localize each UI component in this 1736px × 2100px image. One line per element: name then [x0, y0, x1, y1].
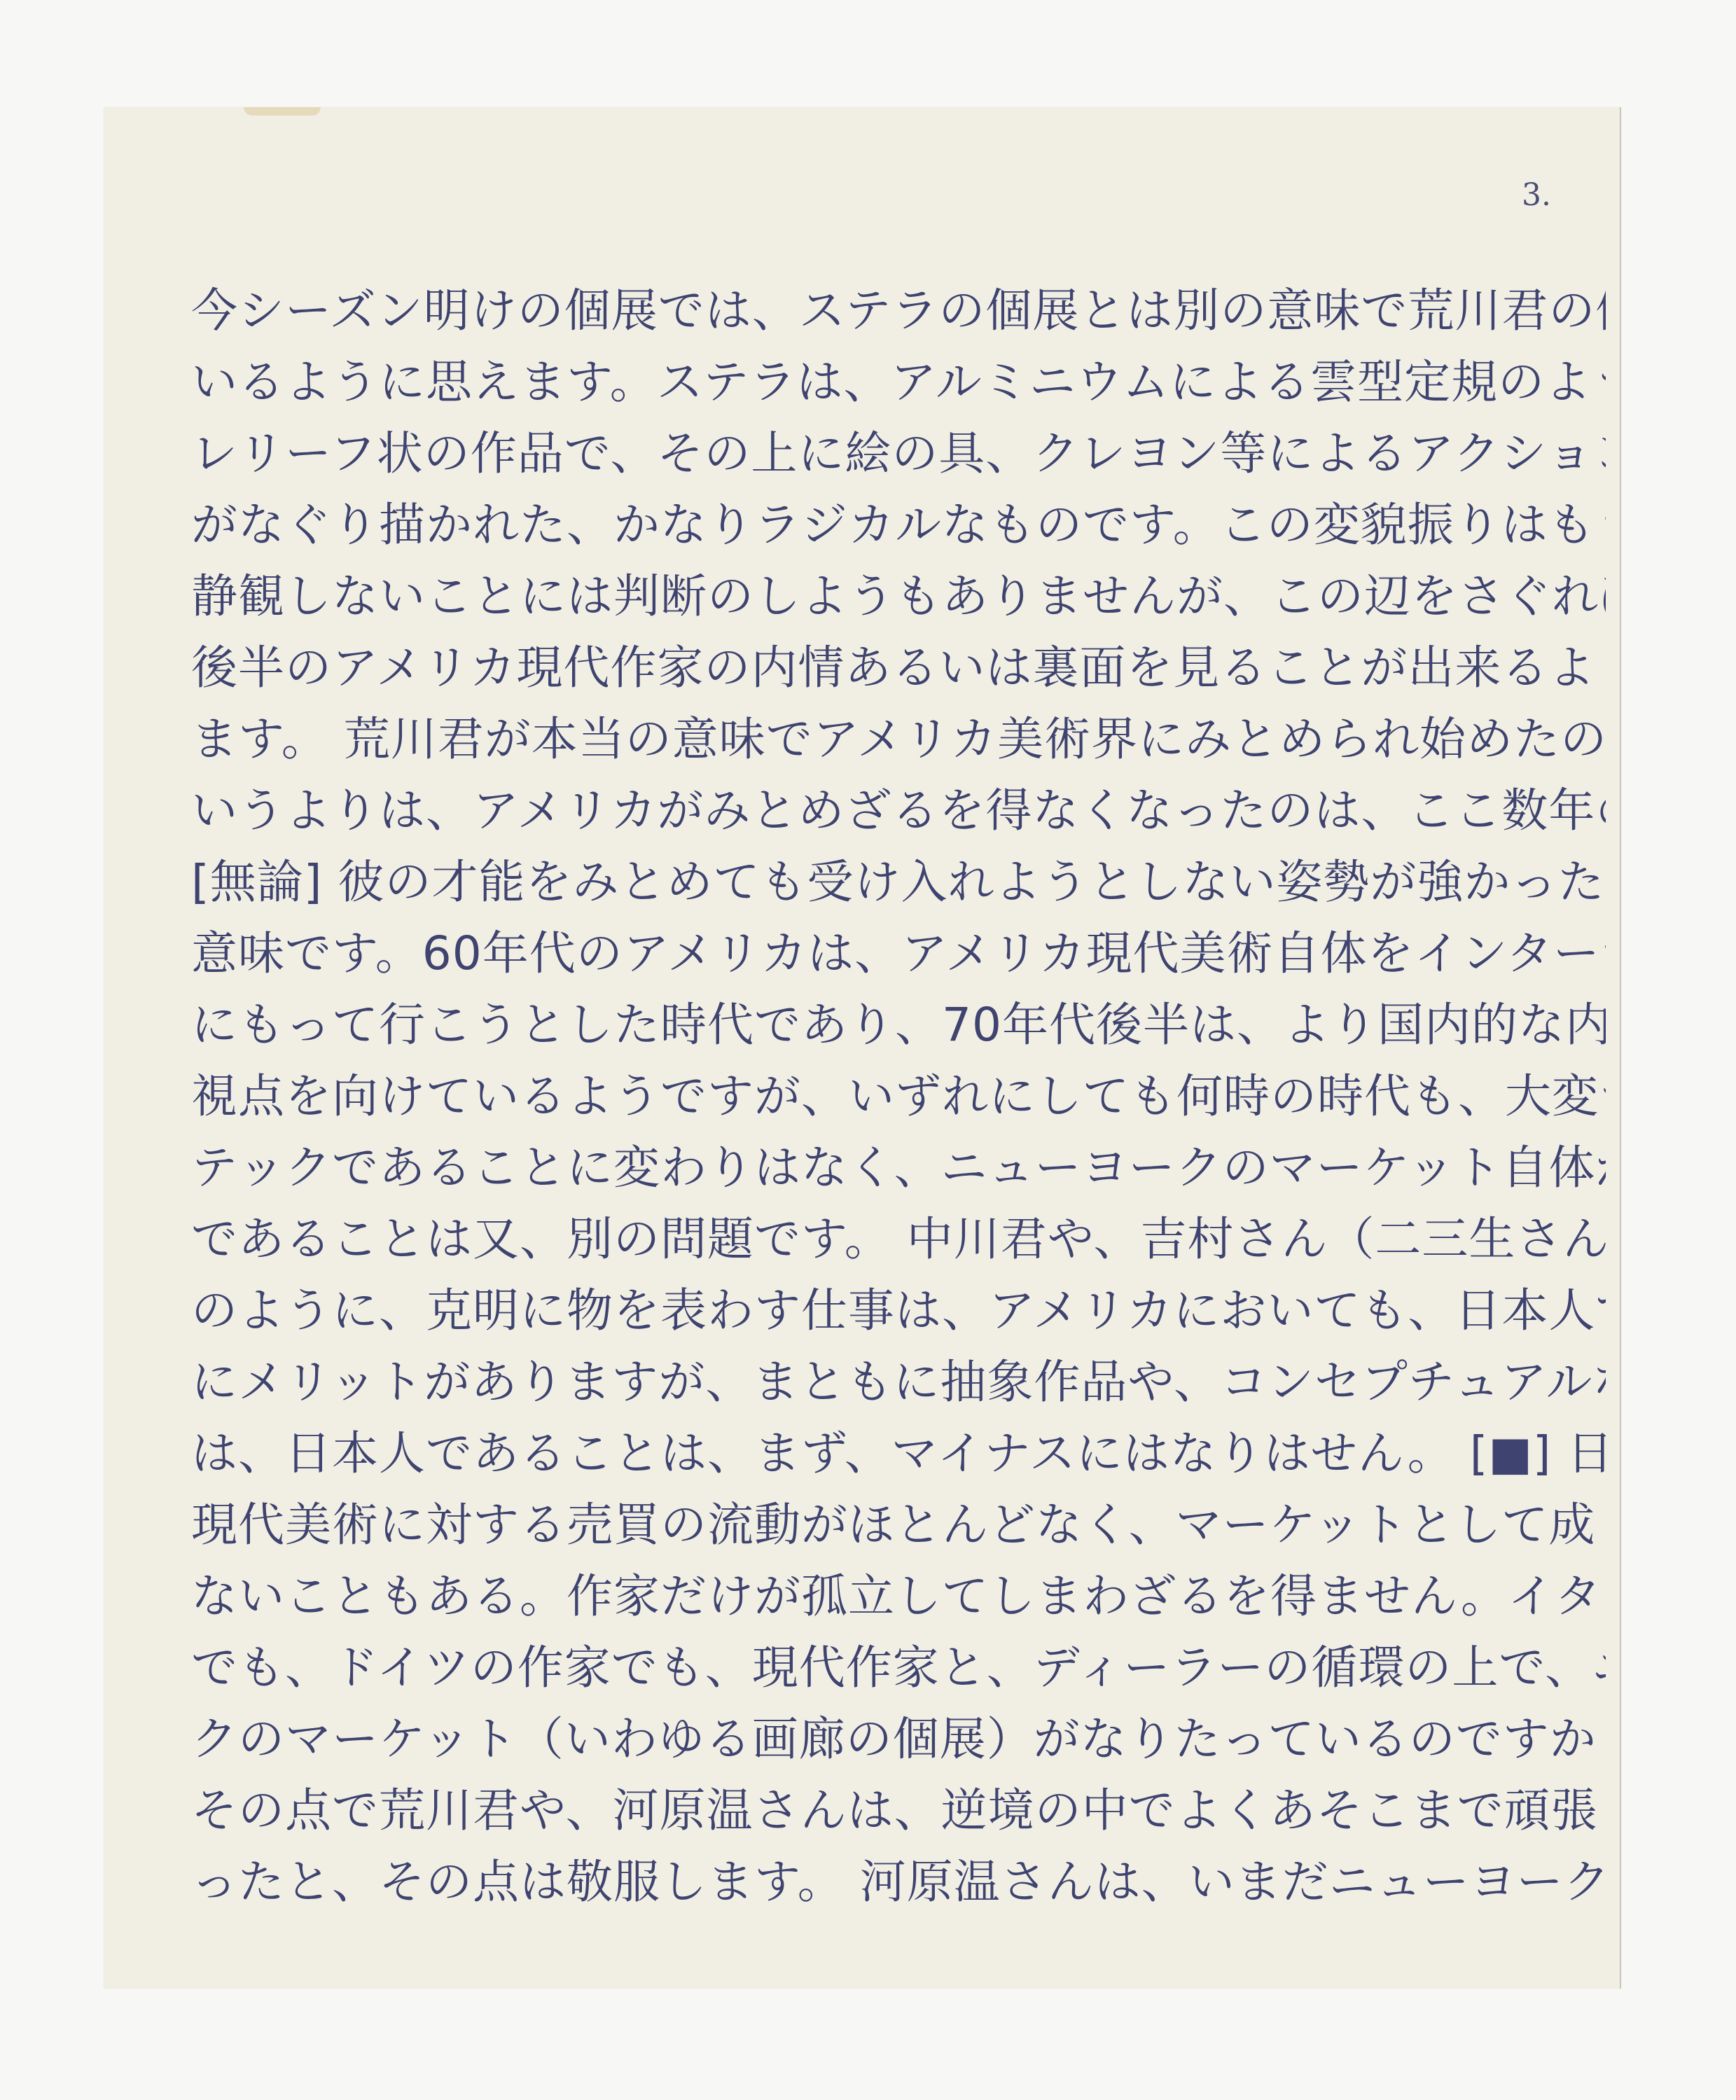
text-line: クのマーケット（いわゆる画廊の個展）がなりたっているのですから。 — [191, 1704, 1606, 1775]
text-line: 今シーズン明けの個展では、ステラの個展とは別の意味で荒川君の個展が充実して — [191, 275, 1606, 347]
text-line: ったと、その点は敬服します。 河原温さんは、いまだニューヨークでは — [191, 1847, 1606, 1918]
text-line: レリーフ状の作品で、その上に絵の具、クレヨン等によるアクション風のストローク — [191, 418, 1606, 489]
text-line: [無論] 彼の才能をみとめても受け入れようとしない姿勢が強かったという — [191, 847, 1606, 918]
text-line: にメリットがありますが、まともに抽象作品や、コンセプチュアルなものにおいて — [191, 1347, 1606, 1418]
text-line: でも、ドイツの作家でも、現代作家と、ディーラーの循環の上で、ニューヨー — [191, 1632, 1606, 1704]
text-line: 静観しないことには判断のしようもありませんが、この辺をさぐれば、70年 — [191, 561, 1606, 632]
letter-body: 今シーズン明けの個展では、ステラの個展とは別の意味で荒川君の個展が充実して いる… — [191, 275, 1606, 1918]
text-line: いるように思えます。ステラは、アルミニウムによる雲型定規のような型をくり抜いた — [191, 347, 1606, 418]
letter-page: 3. 今シーズン明けの個展では、ステラの個展とは別の意味で荒川君の個展が充実して… — [104, 107, 1621, 1989]
text-line: ます。 荒川君が本当の意味でアメリカ美術界にみとめられ始めたのは、と — [191, 704, 1606, 775]
text-line: にもって行こうとした時代であり、70年代後半は、より国内的な内情へと — [191, 989, 1606, 1061]
text-line: は、日本人であることは、まず、マイナスにはなりはせん。 [■] 日本は、 — [191, 1418, 1606, 1489]
text-line: であることは又、別の問題です。 中川君や、吉村さん（二三生さん） — [191, 1204, 1606, 1275]
text-line: いうよりは、アメリカがみとめざるを得なくなったのは、ここ数年のことでしょう。 — [191, 775, 1606, 847]
text-line: ないこともある。作家だけが孤立してしまわざるを得ません。イタリアの作家 — [191, 1561, 1606, 1632]
text-line: がなぐり描かれた、かなりラジカルなものです。この変貌振りはもうしばらく — [191, 489, 1606, 561]
text-line: その点で荒川君や、河原温さんは、逆境の中でよくあそこまで頑張 — [191, 1775, 1606, 1847]
text-line: 現代美術に対する売買の流動がほとんどなく、マーケットとして成り立た — [191, 1489, 1606, 1561]
text-line: のように、克明に物を表わす仕事は、アメリカにおいても、日本人であること自体 — [191, 1275, 1606, 1347]
text-line: 意味です。60年代のアメリカは、アメリカ現代美術自体をインターナショナルな地点 — [191, 918, 1606, 989]
text-line: テックであることに変わりはなく、ニューヨークのマーケット自体がインターナショナル — [191, 1132, 1606, 1204]
page-number: 3. — [1522, 177, 1551, 213]
text-line: 視点を向けているようですが、いずれにしても何時の時代も、大変ナショナリス — [191, 1061, 1606, 1132]
text-line: 後半のアメリカ現代作家の内情あるいは裏面を見ることが出来るように思えん — [191, 632, 1606, 704]
